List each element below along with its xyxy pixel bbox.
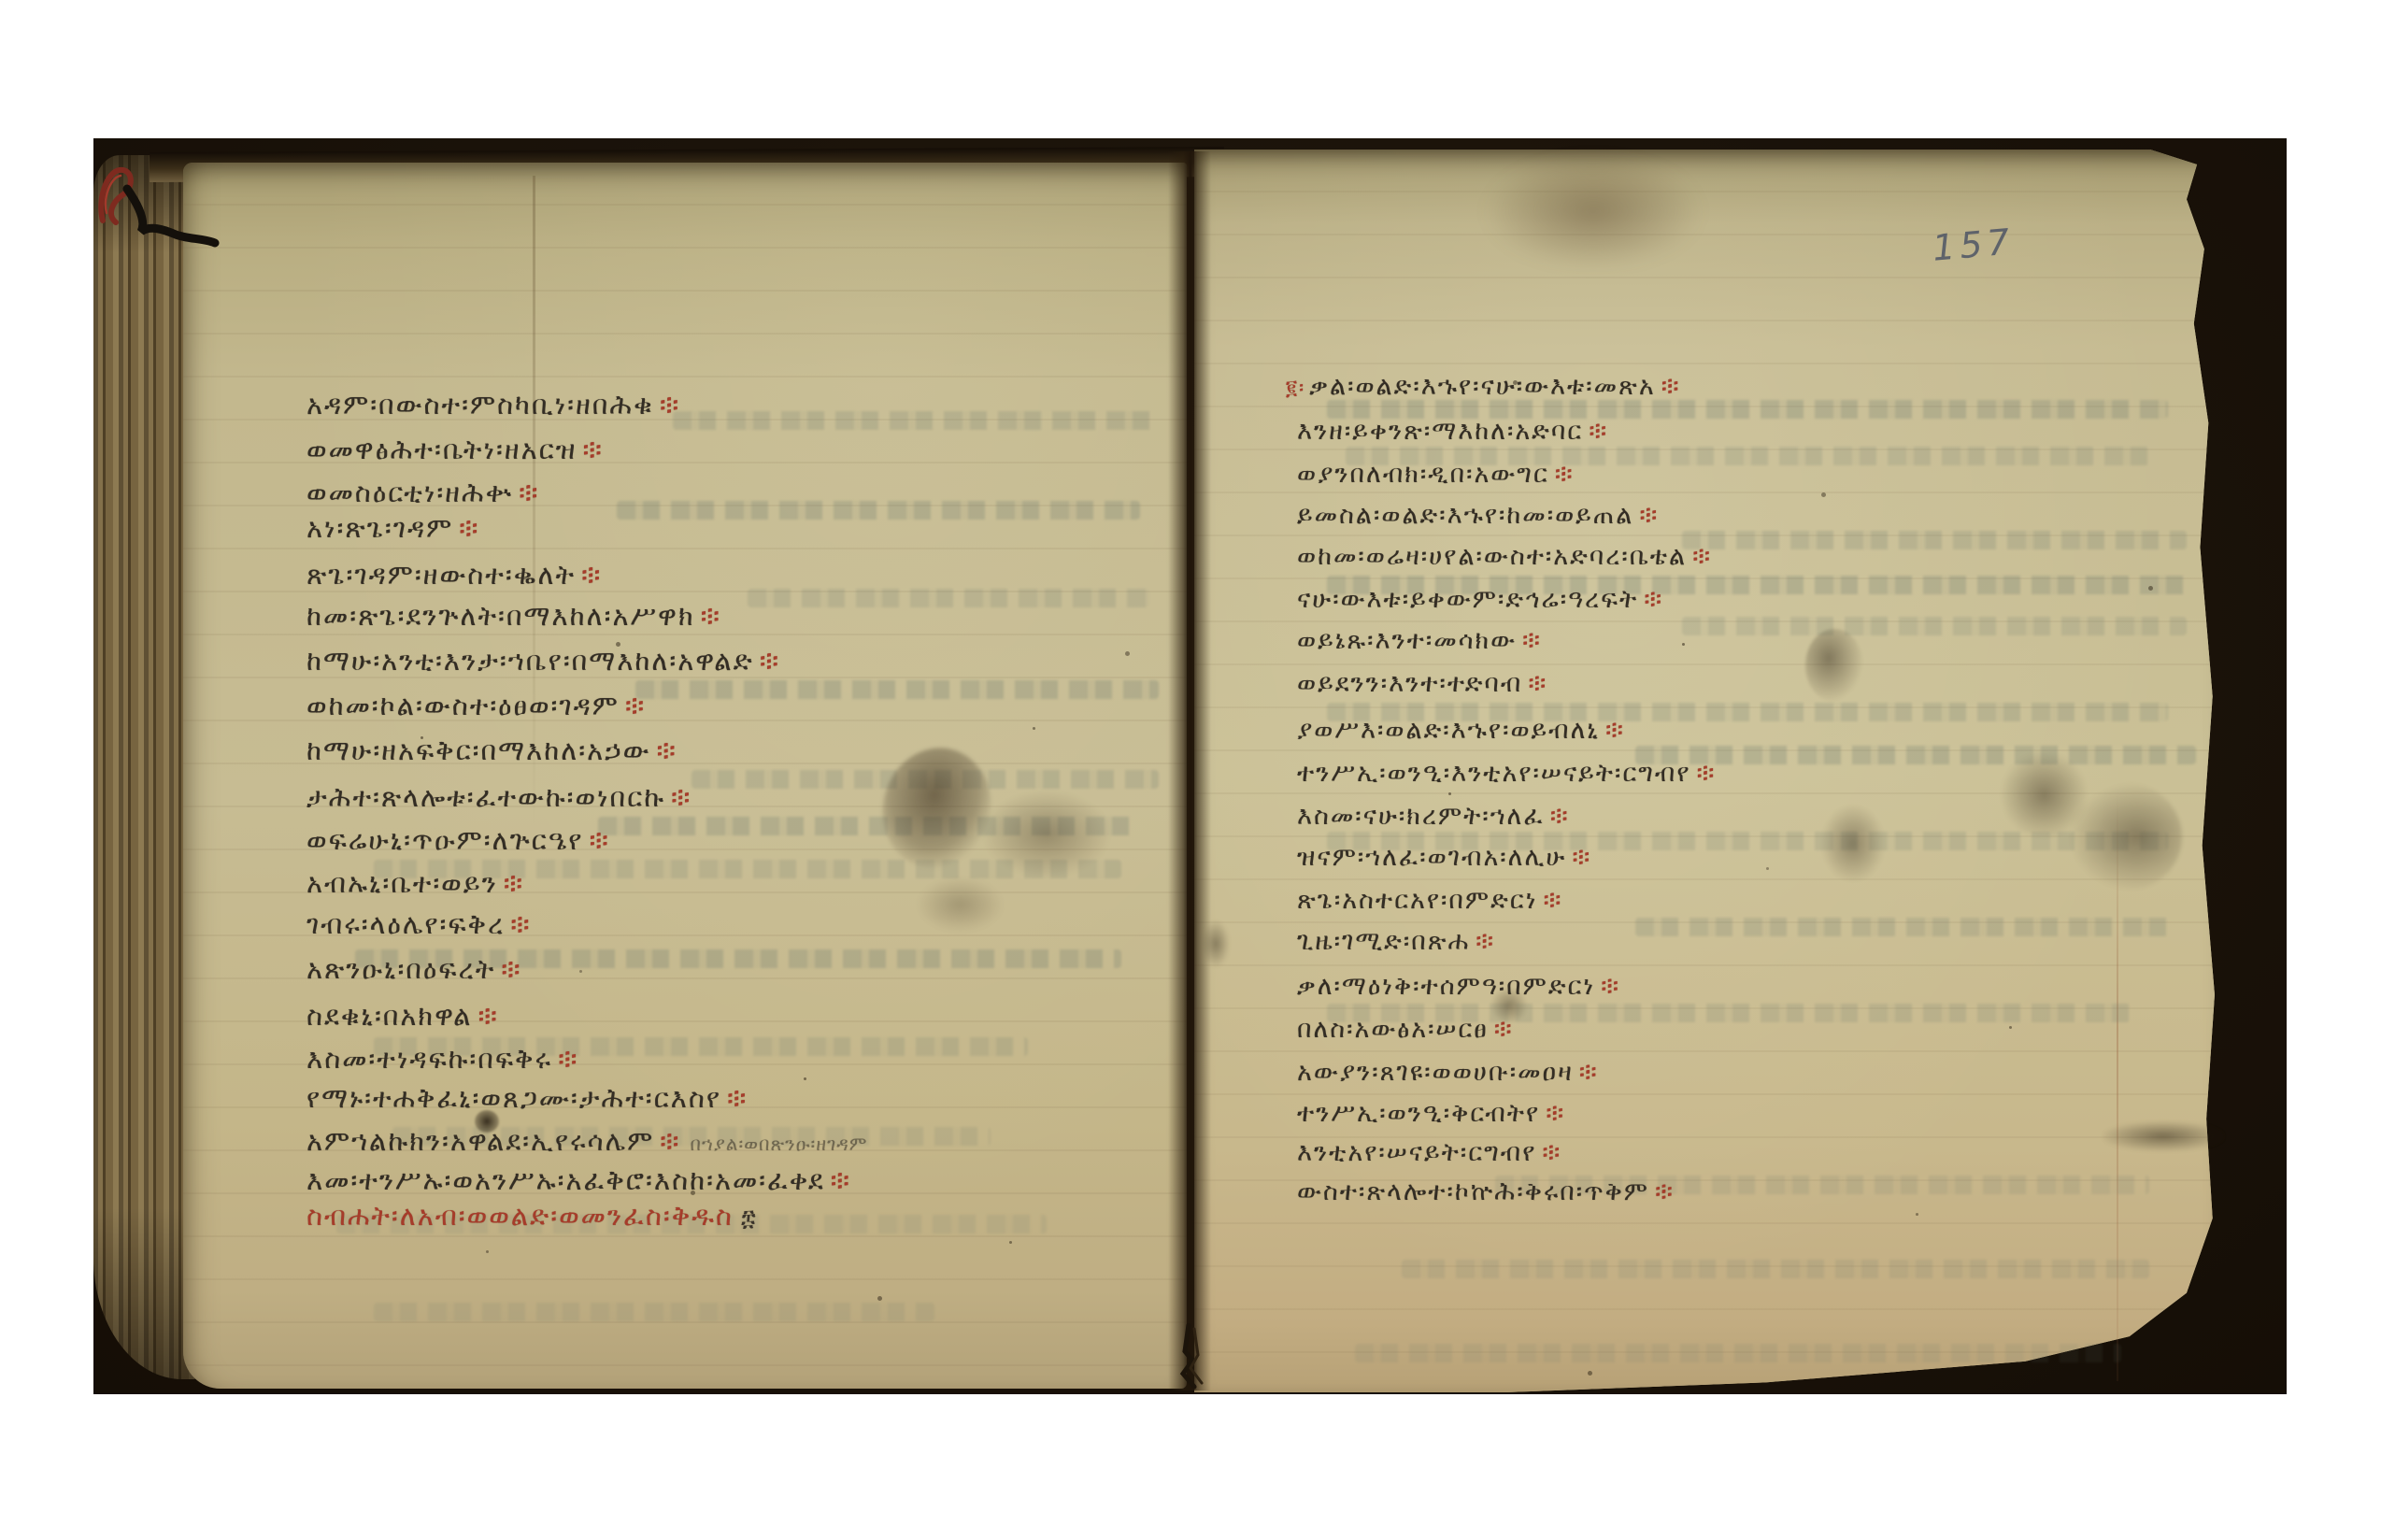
section-number-mark: ፪፡ <box>1286 377 1305 400</box>
manuscript-line: ዝናም፡ኀለፈ፡ወገብአ፡ለሊሁ፨ <box>1297 843 1591 873</box>
manuscript-line: ገብሩ፡ላዕሌየ፡ፍቅረ፨ <box>307 908 532 941</box>
ink-stain <box>981 790 1112 878</box>
show-through-text <box>1635 918 2177 936</box>
scanned-manuscript-page: 157 አዳም፡በውስተ፡ምስካቢነ፡ዘበሕቁ፨ ወመዋፅሕተ፡ቤትነ፡ዘአርዝ… <box>0 0 2381 1540</box>
ink-blot <box>1805 629 1863 702</box>
section-end-numeral: ፰ <box>741 1205 758 1231</box>
manuscript-line: ወከመ፡ኮል፡ውስተ፡ዕፀወ፡ገዳም፨ <box>307 690 646 722</box>
ink-blot <box>2070 783 2182 891</box>
show-through-text <box>1355 1344 2121 1362</box>
manuscript-line: ወፍሬሁኒ፡ጥዑም፡ለጕርዔየ፨ <box>307 824 610 857</box>
manuscript-line: ተንሥኢ፡ወንዒ፡ቅርብትየ፨ <box>1297 1099 1565 1129</box>
manuscript-line: ጊዜ፡ገሚድ፡በጽሐ፨ <box>1297 927 1495 957</box>
manuscript-line: ጽጌ፡አስተርአየ፡በምድርነ፨ <box>1297 886 1562 916</box>
book-gutter <box>1168 151 1211 1390</box>
manuscript-line: አውያን፡ጸገዩ፡ወወሀቡ፡መዐዛ፨ <box>1297 1058 1599 1088</box>
manuscript-line: ያወሥእ፡ወልድ፡እኁየ፡ወይብለኒ፨ <box>1297 716 1625 746</box>
manuscript-line: በለስ፡አውፅአ፡ሠርፀ፨ <box>1297 1015 1514 1045</box>
manuscript-line: ተንሥኢ፡ወንዒ፡እንቲአየ፡ሠናይት፡ርግብየ፨ <box>1297 759 1717 789</box>
manuscript-line: ታሕተ፡ጽላሎቱ፡ፈተውኩ፡ወነበርኩ፨ <box>307 781 691 814</box>
manuscript-line: ከማሁ፡አንቲ፡እንታ፡ኀቤየ፡በማእከለ፡አዋልድ፨ <box>307 645 780 677</box>
ink-speckles <box>1448 792 1451 795</box>
manuscript-line: ይመስል፡ወልድ፡እኁየ፡ከመ፡ወይጠል፨ <box>1297 501 1659 531</box>
manuscript-line: አብኡኒ፡ቤተ፡ወይን፨ <box>307 867 524 900</box>
doxology-line: ስብሐት፡ለአብ፡ወወልድ፡ወመንፈስ፡ቅዱስ፰ <box>307 1200 758 1233</box>
manuscript-line: ውስተ፡ጽላሎተ፡ኮኵሕ፡ቅሩበ፡ጥቅም፨ <box>1297 1177 1675 1207</box>
manuscript-line: ወይኔጹ፡እንተ፡መሳክው፨ <box>1297 626 1542 656</box>
ink-squiggle <box>120 181 227 256</box>
show-through-text <box>673 411 1159 430</box>
show-through-text <box>748 589 1149 607</box>
faded-gloss: በኀያል፡ወበጽንዑ፡ዘገዳም <box>691 1133 868 1155</box>
manuscript-line: አጽንዑኒ፡በዕፍረት፨ <box>307 953 522 986</box>
ink-blot <box>1820 804 1886 883</box>
manuscript-line: ወያንበለብክ፡ዲበ፡አውግር፨ <box>1297 460 1575 490</box>
manuscript-line: አነ፡ጽጌ፡ገዳም፨ <box>307 512 480 545</box>
manuscript-line: አዳም፡በውስተ፡ምስካቢነ፡ዘበሕቁ፨ <box>307 389 680 421</box>
manuscript-line: ከመ፡ጽጌ፡ደንጕለት፡በማእከለ፡አሥዋክ፨ <box>307 600 721 633</box>
manuscript-line: እስመ፡ተነዳፍኩ፡በፍቅሩ፨ <box>307 1043 578 1076</box>
codex-photo: 157 አዳም፡በውስተ፡ምስካቢነ፡ዘበሕቁ፨ ወመዋፅሕተ፡ቤትነ፡ዘአርዝ… <box>93 138 2287 1394</box>
show-through-text <box>374 1303 934 1321</box>
manuscript-line: ስደቁኒ፡በአክዋል፨ <box>307 1000 499 1033</box>
show-through-text <box>1682 617 2187 635</box>
manuscript-line: እስመ፡ናሁ፡ክረምት፡ኀለፈ፨ <box>1297 802 1570 832</box>
manuscript-line: ወከመ፡ወሬዛ፡ሀየል፡ውስተ፡አድባረ፡ቤቴል፨ <box>1297 542 1712 572</box>
manuscript-line: እንዘ፡ይቀንጽ፡ማእከለ፡አድባር፨ <box>1297 417 1608 447</box>
show-through-text <box>617 501 1140 520</box>
manuscript-line: እመ፡ተንሥኡ፡ወአንሥኡ፡አፈቅሮ፡እስከ፡አመ፡ፈቀደ፨ <box>307 1164 851 1197</box>
show-through-text <box>1327 400 2168 419</box>
manuscript-line: ጽጌ፡ገዳም፡ዘውስተ፡ቈለት፨ <box>307 559 602 592</box>
manuscript-line: ፪፡ቃል፡ወልድ፡እኁየ፡ናሁ፡ውእቱ፡መጽአ፨ <box>1286 372 1681 402</box>
show-through-text <box>1402 1260 2149 1278</box>
manuscript-line: ወመስዕርቲነ፡ዘሕቍ፨ <box>307 477 539 509</box>
folio-number: 157 <box>1931 221 2016 268</box>
ink-smear <box>2103 1121 2224 1151</box>
manuscript-line: የማኑ፡ተሐቅፈኒ፡ወጸጋሙ፡ታሕተ፡ርእስየ፨ <box>307 1082 748 1115</box>
manuscript-line: አምኀልኩክን፡አዋልደ፡ኢየሩሳሌም፨በኀያል፡ወበጽንዑ፡ዘገዳም <box>307 1125 867 1158</box>
manuscript-line: ወይደንን፡እንተ፡ተድባብ፨ <box>1297 669 1547 699</box>
show-through-text <box>1682 531 2187 549</box>
ink-blot <box>1202 920 1230 968</box>
manuscript-line: ከማሁ፡ዘአፍቅር፡በማእከለ፡አኃው፨ <box>307 734 677 767</box>
manuscript-line: ናሁ፡ውእቱ፡ይቀውም፡ድኅሬ፡ዓረፍት፨ <box>1297 585 1663 615</box>
ink-stain <box>916 877 1005 933</box>
gutter-thread <box>1161 1323 1220 1390</box>
manuscript-line: እንቲአየ፡ሠናይት፡ርግብየ፨ <box>1297 1138 1561 1168</box>
water-stain <box>1486 155 1701 267</box>
show-through-text <box>1635 746 2196 764</box>
manuscript-line: ወመዋፅሕተ፡ቤትነ፡ዘአርዝ፨ <box>307 434 604 466</box>
show-through-text <box>635 680 1159 699</box>
manuscript-line: ቃለ፡ማዕነቅ፡ተሰምዓ፡በምድርነ፨ <box>1297 972 1620 1002</box>
